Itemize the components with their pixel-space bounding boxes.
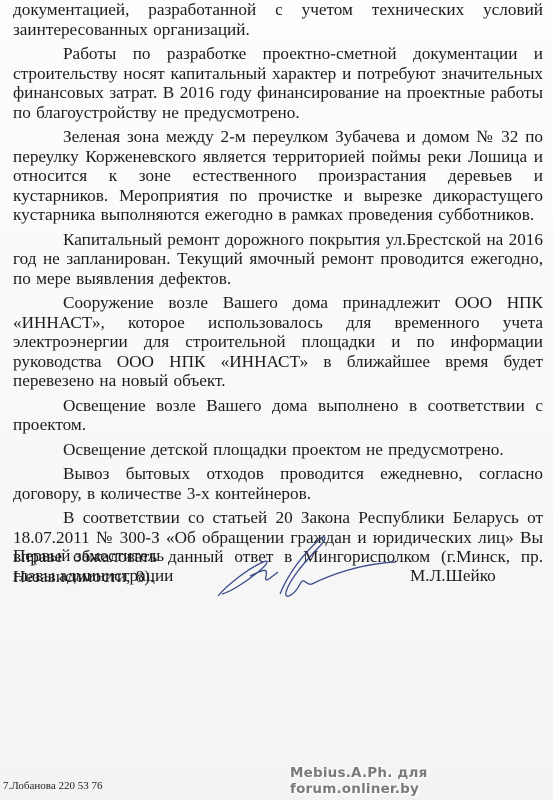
watermark: Mebius.A.Ph. для forum.onliner.by (290, 765, 553, 797)
paragraph-design-funding: Работы по разработке проектно-сметной до… (13, 44, 543, 122)
paragraph-structure: Сооружение возле Вашего дома принадлежит… (13, 293, 543, 391)
signatory-name: М.Л.Шейко (410, 566, 496, 586)
paragraph-waste-removal: Вывоз бытовых отходов проводится ежеднев… (13, 464, 543, 503)
paragraph-continuation: документацией, разработанной с учетом те… (13, 0, 543, 39)
paragraph-lighting-playground: Освещение детской площадки проектом не п… (13, 440, 543, 460)
scanned-letter-page: документацией, разработанной с учетом те… (0, 0, 553, 800)
executor-contact: 7.Лобанова 220 53 76 (3, 780, 102, 792)
signatory-title: Первый заместитель главы администрации (13, 546, 173, 586)
signature-block: Первый заместитель главы администрации М… (13, 546, 543, 616)
signatory-title-line1: Первый заместитель (13, 546, 173, 566)
paragraph-lighting-house: Освещение возле Вашего дома выполнено в … (13, 396, 543, 435)
letter-body: документацией, разработанной с учетом те… (13, 0, 543, 591)
handwritten-signature-icon (208, 534, 398, 604)
signatory-title-line2: главы администрации (13, 566, 173, 586)
paragraph-road-repair: Капитальный ремонт дорожного покрытия ул… (13, 230, 543, 289)
paragraph-green-zone: Зеленая зона между 2-м переулком Зубачев… (13, 127, 543, 225)
